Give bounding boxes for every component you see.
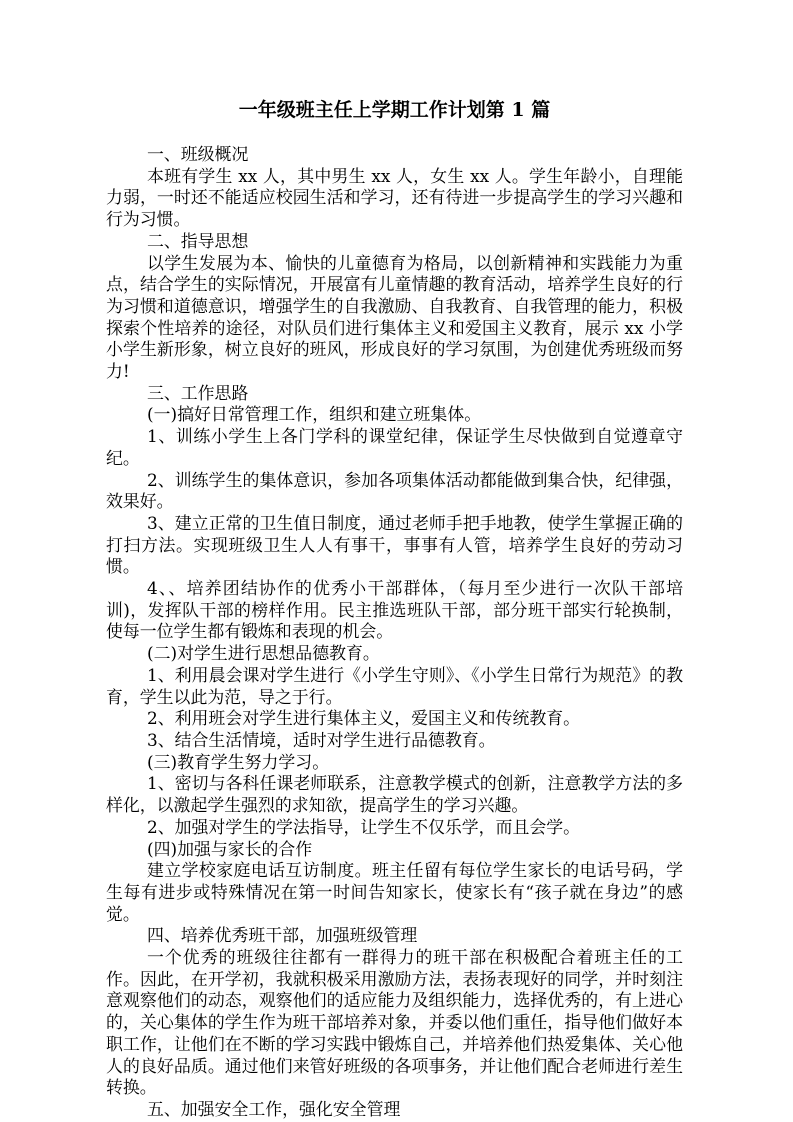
paragraph-18: (四)加强与家长的合作 (106, 839, 683, 861)
paragraph-10: 4、、培养团结协作的优秀小干部群体，（每月至少进行一次队干部培训)，发挥队干部的… (106, 578, 683, 643)
paragraph-7: 1、训练小学生上各门学科的课堂纪律，保证学生尽快做到自觉遵章守纪。 (106, 426, 683, 469)
paragraph-17: 2、加强对学生的学法指导，让学生不仅乐学，而且会学。 (106, 817, 683, 839)
paragraph-5: 三、工作思路 (106, 383, 683, 405)
document-page: 一年级班主任上学期工作计划第 1 篇 一、班级概况本班有学生 xx 人，其中男生… (0, 0, 793, 1122)
paragraph-19: 建立学校家庭电话互访制度。班主任留有每位学生家长的电话号码，学生每有进步或特殊情… (106, 860, 683, 925)
paragraph-8: 2、训练学生的集体意识，参加各项集体活动都能做到集合快，纪律强，效果好。 (106, 470, 683, 513)
paragraph-21: 一个优秀的班级往往都有一群得力的班干部在积极配合着班主任的工作。因此，在开学初，… (106, 947, 683, 1099)
paragraph-15: (三)教育学生努力学习。 (106, 752, 683, 774)
paragraph-3: 二、指导思想 (106, 231, 683, 253)
paragraph-11: (二)对学生进行思想品德教育。 (106, 643, 683, 665)
paragraph-9: 3、建立正常的卫生值日制度，通过老师手把手地教，使学生掌握正确的打扫方法。实现班… (106, 513, 683, 578)
paragraph-12: 1、利用晨会课对学生进行《小学生守则》、《小学生日常行为规范》的教育，学生以此为… (106, 665, 683, 708)
document-body: 一、班级概况本班有学生 xx 人，其中男生 xx 人，女生 xx 人。学生年龄小… (106, 144, 683, 1121)
paragraph-13: 2、利用班会对学生进行集体主义，爱国主义和传统教育。 (106, 708, 683, 730)
paragraph-6: (一)搞好日常管理工作，组织和建立班集体。 (106, 404, 683, 426)
paragraph-4: 以学生发展为本、愉快的儿童德育为格局，以创新精神和实践能力为重点，结合学生的实际… (106, 253, 683, 383)
paragraph-1: 一、班级概况 (106, 144, 683, 166)
paragraph-16: 1、密切与各科任课老师联系，注意教学模式的创新，注意教学方法的多样化，以激起学生… (106, 773, 683, 816)
paragraph-14: 3、结合生活情境，适时对学生进行品德教育。 (106, 730, 683, 752)
paragraph-2: 本班有学生 xx 人，其中男生 xx 人，女生 xx 人。学生年龄小，自理能力弱… (106, 166, 683, 231)
document-title: 一年级班主任上学期工作计划第 1 篇 (106, 97, 683, 124)
paragraph-22: 五、加强安全工作，强化安全管理 (106, 1099, 683, 1121)
paragraph-20: 四、培养优秀班干部，加强班级管理 (106, 925, 683, 947)
